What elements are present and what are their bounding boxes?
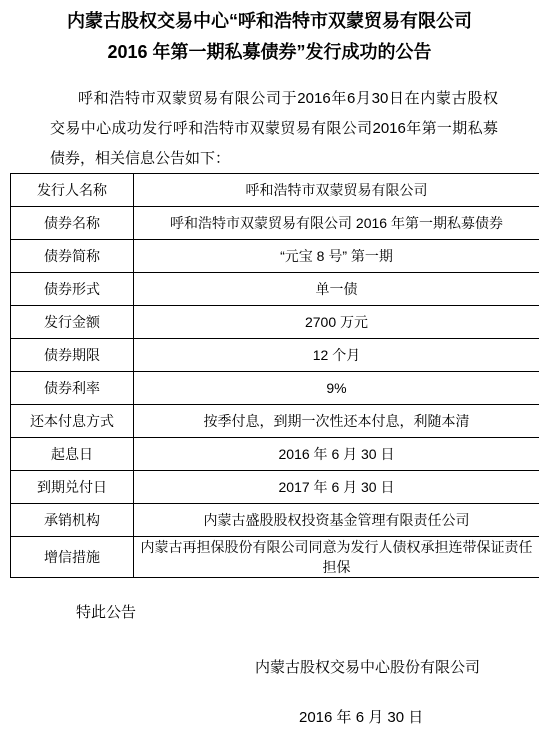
announcement-document: 内蒙古股权交易中心“呼和浩特市双蒙贸易有限公司 2016 年第一期私募债券”发行… [0, 0, 539, 733]
row-value: 单一债 [134, 273, 539, 306]
table-row: 债券名称 呼和浩特市双蒙贸易有限公司 2016 年第一期私募债券 [11, 207, 539, 240]
row-value: 呼和浩特市双蒙贸易有限公司 [134, 174, 539, 207]
row-label: 发行金额 [11, 306, 134, 339]
row-label: 债券简称 [11, 240, 134, 273]
row-value: 按季付息，到期一次性还本付息，利随本清 [134, 405, 539, 438]
signature-date: 2016 年 6 月 30 日 [299, 705, 423, 730]
row-label: 债券形式 [11, 273, 134, 306]
document-title: 内蒙古股权交易中心“呼和浩特市双蒙贸易有限公司 2016 年第一期私募债券”发行… [0, 6, 539, 68]
table-row: 承销机构 内蒙古盛股股权投资基金管理有限责任公司 [11, 504, 539, 537]
row-label: 起息日 [11, 438, 134, 471]
table-row: 增信措施 内蒙古再担保股份有限公司同意为发行人债权承担连带保证责任担保 [11, 537, 539, 578]
row-label: 增信措施 [11, 537, 134, 578]
row-label: 债券期限 [11, 339, 134, 372]
row-label: 债券利率 [11, 372, 134, 405]
intro-paragraph: 呼和浩特市双蒙贸易有限公司于2016年6月30日在内蒙古股权 交易中心成功发行呼… [50, 84, 498, 174]
intro-line-1: 呼和浩特市双蒙贸易有限公司于2016年6月30日在内蒙古股权 [50, 84, 498, 114]
table-row: 债券利率 9% [11, 372, 539, 405]
row-value: 2700 万元 [134, 306, 539, 339]
row-label: 还本付息方式 [11, 405, 134, 438]
table-row: 债券形式 单一债 [11, 273, 539, 306]
row-label: 发行人名称 [11, 174, 134, 207]
table-row: 发行金额 2700 万元 [11, 306, 539, 339]
intro-line-2: 交易中心成功发行呼和浩特市双蒙贸易有限公司2016年第一期私募 [50, 114, 498, 144]
row-value: 2016 年 6 月 30 日 [134, 438, 539, 471]
closing-statement: 特此公告 [76, 600, 136, 625]
table-row: 债券期限 12 个月 [11, 339, 539, 372]
row-label: 到期兑付日 [11, 471, 134, 504]
intro-line-3: 债券，相关信息公告如下： [50, 144, 498, 174]
row-value: 12 个月 [134, 339, 539, 372]
table-row: 起息日 2016 年 6 月 30 日 [11, 438, 539, 471]
row-value: 呼和浩特市双蒙贸易有限公司 2016 年第一期私募债券 [134, 207, 539, 240]
table-row: 还本付息方式 按季付息，到期一次性还本付息，利随本清 [11, 405, 539, 438]
row-value: 内蒙古盛股股权投资基金管理有限责任公司 [134, 504, 539, 537]
row-value: “元宝 8 号” 第一期 [134, 240, 539, 273]
row-value: 2017 年 6 月 30 日 [134, 471, 539, 504]
row-value: 9% [134, 372, 539, 405]
document-title-line1: 内蒙古股权交易中心“呼和浩特市双蒙贸易有限公司 [0, 6, 539, 37]
table-row: 债券简称 “元宝 8 号” 第一期 [11, 240, 539, 273]
document-title-line2: 2016 年第一期私募债券”发行成功的公告 [0, 37, 539, 68]
table-row: 发行人名称 呼和浩特市双蒙贸易有限公司 [11, 174, 539, 207]
row-label: 债券名称 [11, 207, 134, 240]
row-value: 内蒙古再担保股份有限公司同意为发行人债权承担连带保证责任担保 [134, 537, 539, 578]
table-row: 到期兑付日 2017 年 6 月 30 日 [11, 471, 539, 504]
bond-info-table: 发行人名称 呼和浩特市双蒙贸易有限公司 债券名称 呼和浩特市双蒙贸易有限公司 2… [10, 173, 539, 578]
issuer-signature: 内蒙古股权交易中心股份有限公司 [255, 655, 480, 680]
row-label: 承销机构 [11, 504, 134, 537]
